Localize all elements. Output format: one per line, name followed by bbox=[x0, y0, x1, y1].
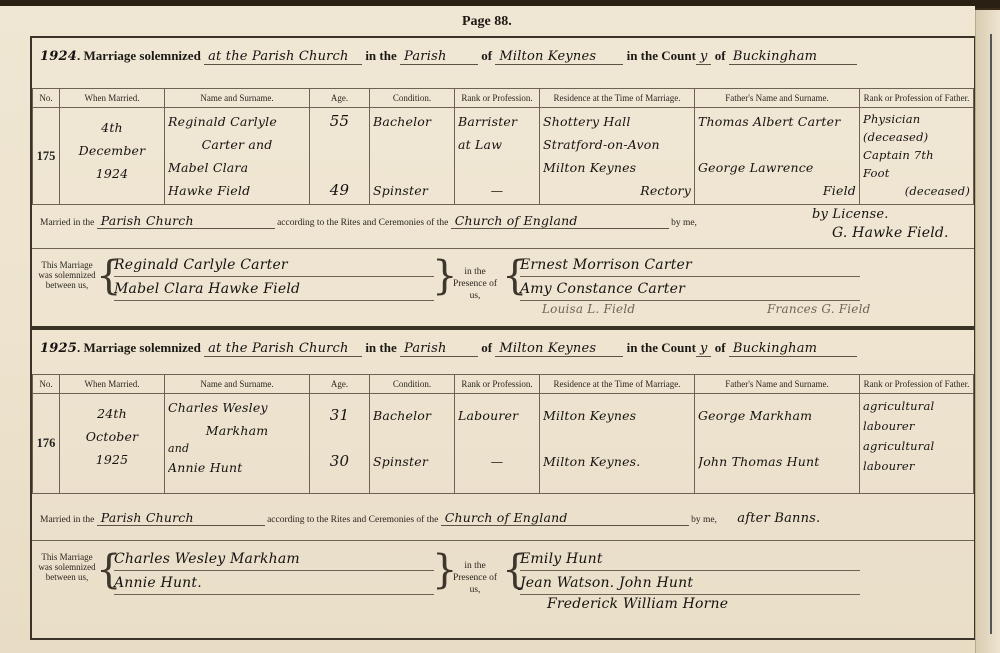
officiant-signature: G. Hawke Field. bbox=[812, 224, 949, 242]
ranks: Barrister at Law — bbox=[455, 108, 540, 205]
bride-father-surname: Field bbox=[698, 179, 856, 202]
father-ranks: agricultural labourer agricultural labou… bbox=[860, 394, 974, 494]
witness-signature: Jean Watson. John Hunt bbox=[520, 572, 860, 595]
groom-signature: Charles Wesley Markham bbox=[114, 548, 434, 571]
entry-number: 176 bbox=[33, 394, 60, 494]
column-headers: No. When Married. Name and Surname. Age.… bbox=[33, 89, 974, 108]
label: Married in the bbox=[40, 218, 94, 228]
solemnized-label: This Marriage was solemnized between us, bbox=[38, 552, 96, 582]
col-father-rank: Rank or Profession of Father. bbox=[860, 89, 974, 108]
parish-field: Milton Keynes bbox=[495, 49, 623, 65]
table-row: 175 4th December 1924 Reginald Carlyle C… bbox=[33, 108, 974, 205]
parish-field: Milton Keynes bbox=[495, 341, 623, 357]
groom-father-name: Thomas Albert Carter bbox=[698, 110, 856, 133]
groom-father-rank: agricultural bbox=[863, 396, 970, 416]
county-suffix: y bbox=[696, 341, 712, 357]
groom-father-rank-2: (deceased) bbox=[863, 128, 970, 146]
col-rank: Rank or Profession. bbox=[455, 375, 540, 394]
bride-rank: — bbox=[458, 450, 536, 473]
heading-label: of bbox=[715, 48, 726, 63]
father-names: Thomas Albert Carter George Lawrence Fie… bbox=[695, 108, 860, 205]
ranks: Labourer — bbox=[455, 394, 540, 494]
col-father-name: Father's Name and Surname. bbox=[695, 89, 860, 108]
page-number: Page 88. bbox=[462, 14, 512, 30]
col-name: Name and Surname. bbox=[165, 375, 310, 394]
register-table: No. When Married. Name and Surname. Age.… bbox=[32, 88, 974, 205]
father-names: George Markham John Thomas Hunt bbox=[695, 394, 860, 494]
bride-father-name: George Lawrence bbox=[698, 156, 856, 179]
col-name: Name and Surname. bbox=[165, 89, 310, 108]
table-row: 176 24th October 1925 Charles Wesley Mar… bbox=[33, 394, 974, 494]
when-married: 24th October 1925 bbox=[60, 394, 165, 494]
groom-residence: Shottery Hall bbox=[543, 110, 691, 133]
col-when-married: When Married. bbox=[60, 89, 165, 108]
bride-father-rank-2: labourer bbox=[863, 456, 970, 476]
groom-surname: Carter and bbox=[168, 133, 306, 156]
heading-label: of bbox=[715, 340, 726, 355]
bride-father-name: John Thomas Hunt bbox=[698, 450, 856, 473]
col-father-rank: Rank or Profession of Father. bbox=[860, 375, 974, 394]
witness-signature: Amy Constance Carter bbox=[520, 278, 860, 301]
date-month: December bbox=[63, 139, 161, 162]
bride-father-rank: Captain 7th bbox=[863, 146, 970, 164]
father-ranks: Physician (deceased) Captain 7th Foot (d… bbox=[860, 108, 974, 205]
presence-label: in the Presence of us, bbox=[450, 560, 500, 596]
faint-witness-signature: Frances G. Field bbox=[767, 302, 871, 316]
groom-father-rank-2: labourer bbox=[863, 416, 970, 436]
when-married: 4th December 1924 bbox=[60, 108, 165, 205]
date-year: 1924 bbox=[63, 162, 161, 185]
conditions: Bachelor Spinster bbox=[370, 394, 455, 494]
bride-rank: — bbox=[458, 179, 536, 202]
bride-name: Annie Hunt bbox=[168, 456, 306, 479]
heading-label: in the Count bbox=[627, 48, 696, 63]
residences: Milton Keynes Milton Keynes. bbox=[540, 394, 695, 494]
conditions: Bachelor Spinster bbox=[370, 108, 455, 205]
bride-age: 30 bbox=[313, 450, 366, 473]
register-table: No. When Married. Name and Surname. Age.… bbox=[32, 374, 974, 494]
faint-witness-signature: Louisa L. Field bbox=[542, 302, 635, 316]
groom-residence: Milton Keynes bbox=[543, 404, 691, 427]
groom-name: Charles Wesley bbox=[168, 396, 306, 419]
heading-label: of bbox=[481, 48, 492, 63]
bride-surname: Hawke Field bbox=[168, 179, 306, 202]
heading-label: Marriage solemnized bbox=[83, 48, 200, 63]
parish-type-field: Parish bbox=[400, 341, 478, 357]
groom-rank: Labourer bbox=[458, 404, 536, 427]
names: Charles Wesley Markham and Annie Hunt bbox=[165, 394, 310, 494]
officiant-note: after Banns. bbox=[719, 511, 820, 526]
date-day: 4th bbox=[63, 116, 161, 139]
married-in-line: Married in the Parish Church according t… bbox=[40, 510, 820, 526]
groom-father-rank: Physician bbox=[863, 110, 970, 128]
county-suffix: y bbox=[696, 49, 712, 65]
married-in-line: Married in the Parish Church according t… bbox=[40, 213, 697, 229]
presence-label: in the Presence of us, bbox=[450, 266, 500, 302]
heading-label: in the bbox=[365, 48, 396, 63]
bride-father-rank: agricultural bbox=[863, 436, 970, 456]
groom-age: 31 bbox=[313, 404, 366, 427]
entry-year: 1925 bbox=[40, 341, 77, 356]
column-headers: No. When Married. Name and Surname. Age.… bbox=[33, 375, 974, 394]
col-rank: Rank or Profession. bbox=[455, 89, 540, 108]
bride-name: Mabel Clara bbox=[168, 156, 306, 179]
and-connector: and bbox=[168, 442, 306, 456]
col-condition: Condition. bbox=[370, 89, 455, 108]
groom-rank-2: at Law bbox=[458, 133, 536, 156]
ages: 31 30 bbox=[310, 394, 370, 494]
date-year: 1925 bbox=[63, 448, 161, 471]
groom-age: 55 bbox=[313, 110, 366, 133]
county-field: Buckingham bbox=[729, 341, 857, 357]
groom-signature: Reginald Carlyle Carter bbox=[114, 254, 434, 277]
married-in-field: Parish Church bbox=[97, 510, 265, 526]
bride-condition: Spinster bbox=[373, 179, 451, 202]
marriage-entry-175: 1924. Marriage solemnized at the Parish … bbox=[30, 36, 976, 328]
groom-surname: Markham bbox=[168, 419, 306, 442]
bride-residence-2: Rectory bbox=[543, 179, 691, 202]
col-when-married: When Married. bbox=[60, 375, 165, 394]
groom-name: Reginald Carlyle bbox=[168, 110, 306, 133]
entry-number: 175 bbox=[33, 108, 60, 205]
bride-signature: Mabel Clara Hawke Field bbox=[114, 278, 434, 301]
solemnized-label: This Marriage was solemnized between us, bbox=[38, 260, 96, 290]
col-no: No. bbox=[33, 375, 60, 394]
witness-signature: Emily Hunt bbox=[520, 548, 860, 571]
register-page: Page 88. 1924. Marriage solemnized at th… bbox=[0, 6, 975, 653]
ages: 55 49 bbox=[310, 108, 370, 205]
adjacent-page-edge bbox=[975, 10, 1000, 653]
col-residence: Residence at the Time of Marriage. bbox=[540, 375, 695, 394]
county-field: Buckingham bbox=[729, 49, 857, 65]
date-day: 24th bbox=[63, 402, 161, 425]
col-age: Age. bbox=[310, 89, 370, 108]
bride-residence: Milton Keynes bbox=[543, 156, 691, 179]
entry-heading: 1925. Marriage solemnized at the Parish … bbox=[40, 340, 857, 357]
bride-age: 49 bbox=[313, 179, 366, 202]
label: Married in the bbox=[40, 515, 94, 525]
date-month: October bbox=[63, 425, 161, 448]
heading-label: in the Count bbox=[627, 340, 696, 355]
rites-field: Church of England bbox=[451, 213, 669, 229]
married-in-field: Parish Church bbox=[97, 213, 275, 229]
col-residence: Residence at the Time of Marriage. bbox=[540, 89, 695, 108]
col-age: Age. bbox=[310, 375, 370, 394]
residences: Shottery Hall Stratford-on-Avon Milton K… bbox=[540, 108, 695, 205]
label: by me, bbox=[671, 218, 697, 228]
label: according to the Rites and Ceremonies of… bbox=[277, 218, 448, 228]
witness-signature: Frederick William Horne bbox=[547, 596, 728, 612]
parish-type-field: Parish bbox=[400, 49, 478, 65]
bride-father-rank-2: Foot bbox=[863, 164, 970, 182]
groom-father-name: George Markham bbox=[698, 404, 856, 427]
col-father-name: Father's Name and Surname. bbox=[695, 375, 860, 394]
place-field: at the Parish Church bbox=[204, 49, 362, 65]
witness-signature: Ernest Morrison Carter bbox=[520, 254, 860, 277]
groom-condition: Bachelor bbox=[373, 110, 451, 133]
bride-father-rank-3: (deceased) bbox=[863, 182, 970, 200]
heading-label: of bbox=[481, 340, 492, 355]
divider bbox=[32, 248, 974, 249]
bride-signature: Annie Hunt. bbox=[114, 572, 434, 595]
heading-label: in the bbox=[365, 340, 396, 355]
groom-condition: Bachelor bbox=[373, 404, 451, 427]
groom-rank: Barrister bbox=[458, 110, 536, 133]
col-condition: Condition. bbox=[370, 375, 455, 394]
groom-residence-2: Stratford-on-Avon bbox=[543, 133, 691, 156]
officiant: by License. G. Hawke Field. bbox=[812, 206, 949, 242]
col-no: No. bbox=[33, 89, 60, 108]
names: Reginald Carlyle Carter and Mabel Clara … bbox=[165, 108, 310, 205]
heading-label: Marriage solemnized bbox=[83, 340, 200, 355]
label: by me, bbox=[691, 515, 717, 525]
license-note: by License. bbox=[812, 206, 949, 224]
marriage-entry-176: 1925. Marriage solemnized at the Parish … bbox=[30, 328, 976, 640]
bride-residence: Milton Keynes. bbox=[543, 450, 691, 473]
label: according to the Rites and Ceremonies of… bbox=[267, 515, 438, 525]
divider bbox=[32, 540, 974, 541]
rites-field: Church of England bbox=[441, 510, 689, 526]
entry-year: 1924 bbox=[40, 49, 77, 64]
place-field: at the Parish Church bbox=[204, 341, 362, 357]
bride-condition: Spinster bbox=[373, 450, 451, 473]
entry-heading: 1924. Marriage solemnized at the Parish … bbox=[40, 48, 857, 65]
